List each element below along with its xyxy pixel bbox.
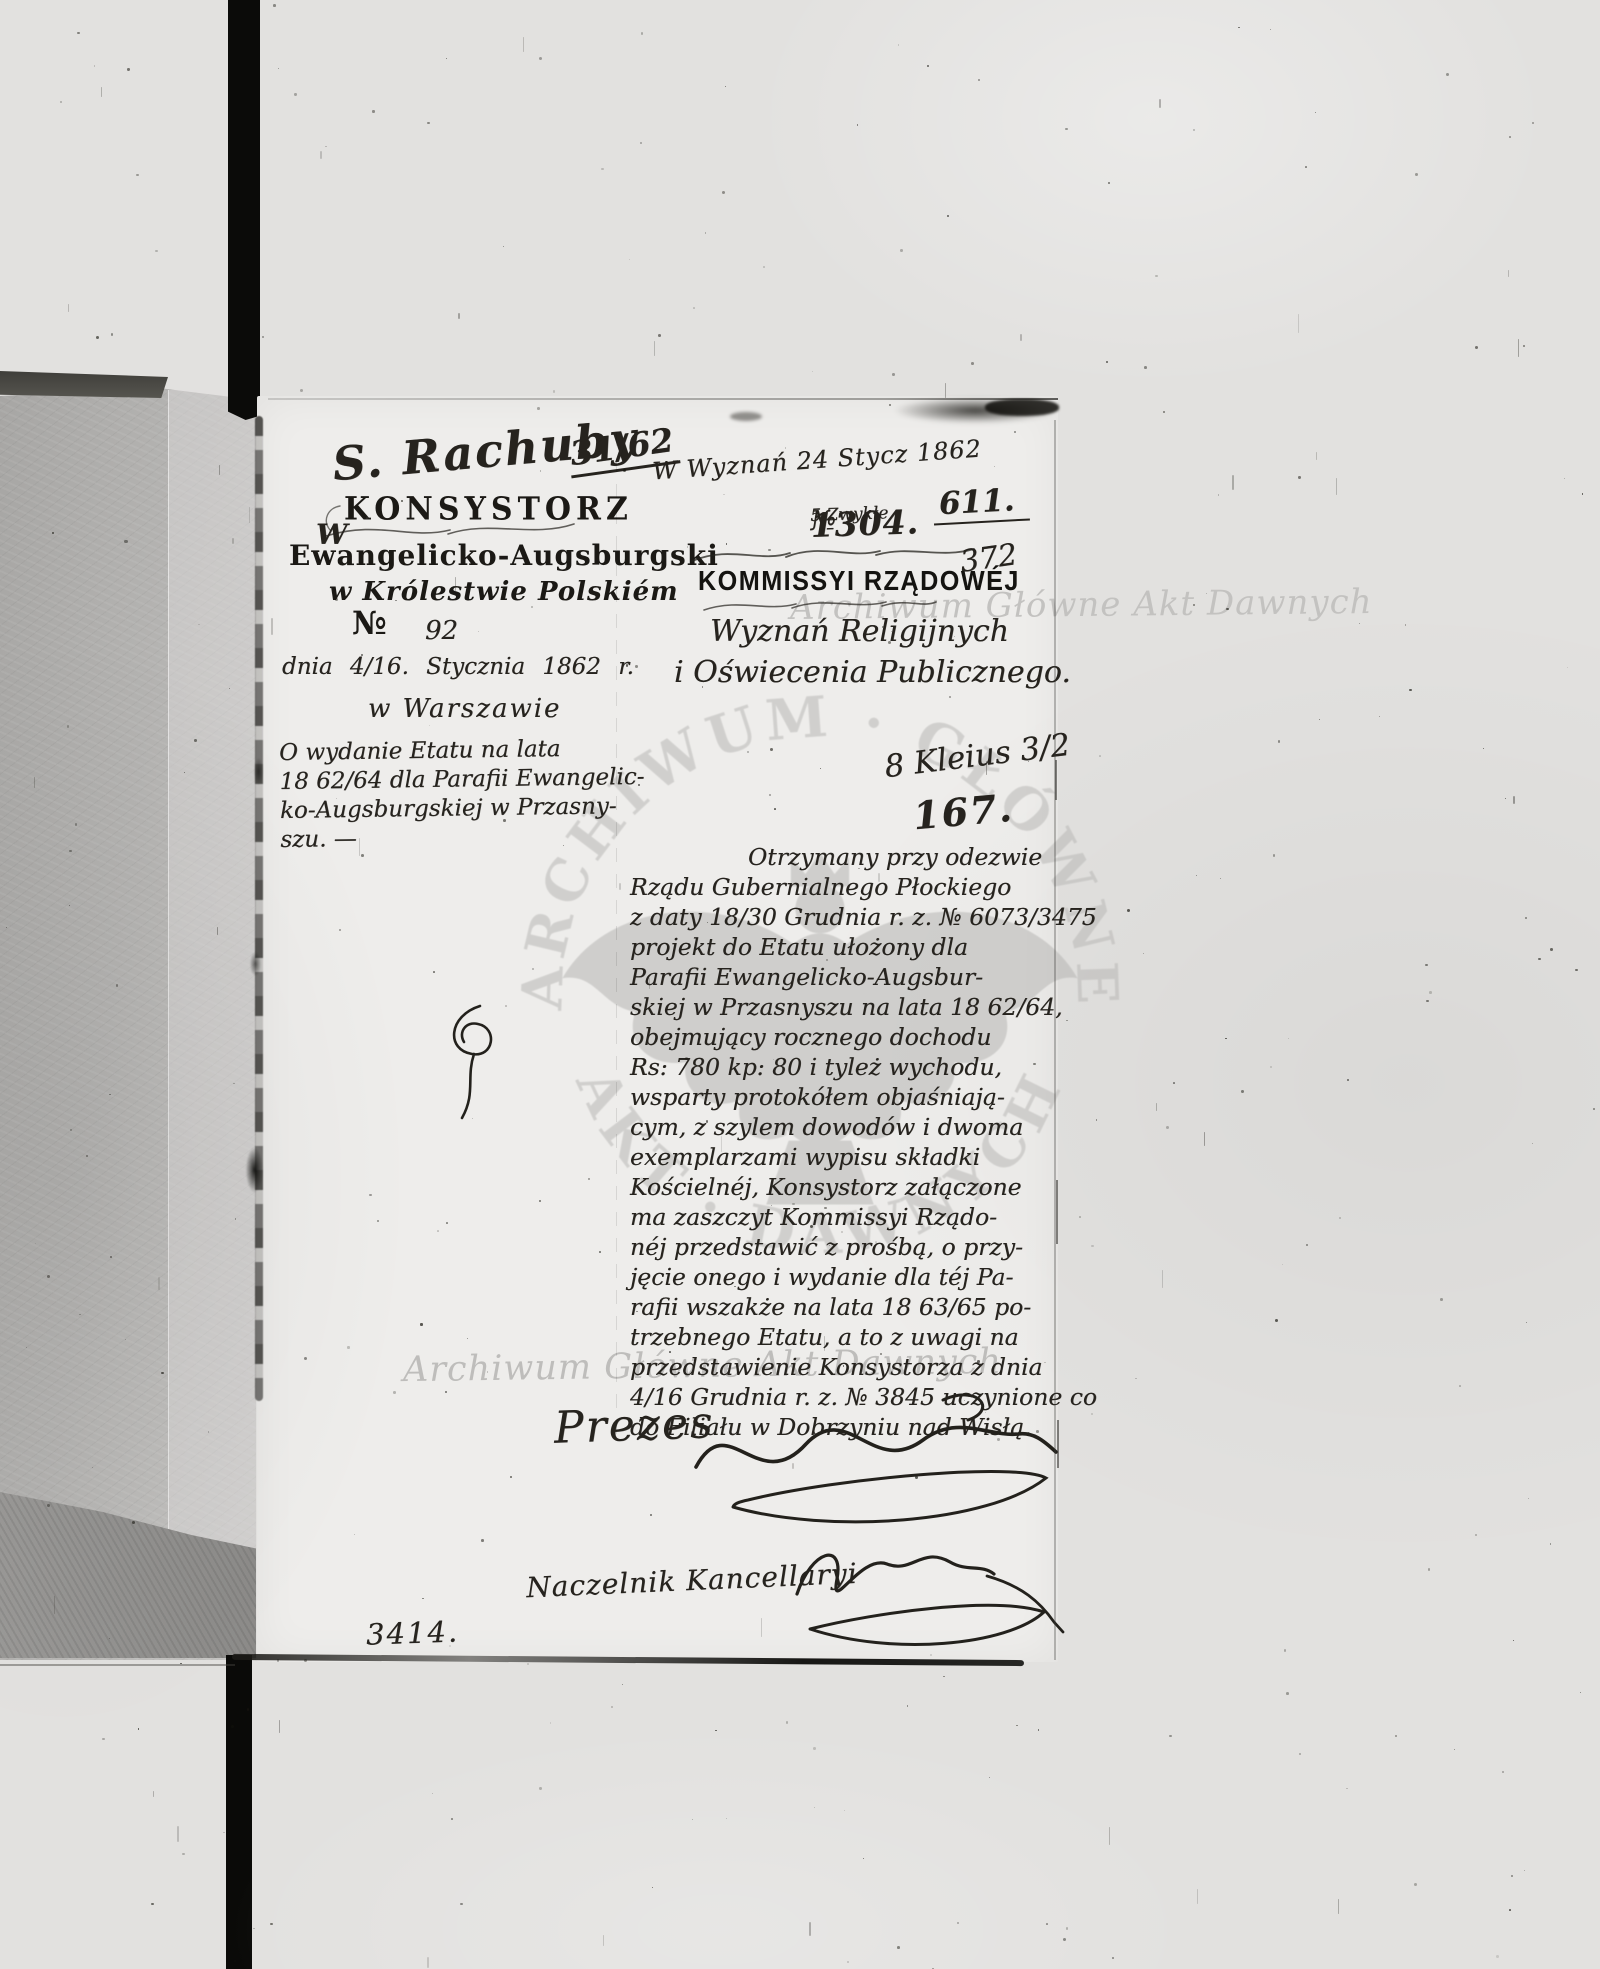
speck <box>223 1832 225 1834</box>
speck <box>763 266 765 268</box>
speck <box>978 79 980 81</box>
speck <box>1505 798 1506 799</box>
speck <box>1319 719 1320 720</box>
speck <box>1065 128 1068 131</box>
speck <box>1299 1753 1301 1755</box>
speck <box>1275 1319 1278 1322</box>
speck <box>1273 854 1276 857</box>
speck <box>1475 346 1478 349</box>
subject-summary: O wydanie Etatu na lata18 62/64 dla Para… <box>279 734 651 855</box>
page-edge-bottom-extension <box>0 1664 235 1666</box>
speck <box>1532 122 1535 125</box>
text-line: cym, z szylem dowodów i dwoma <box>630 1112 1070 1142</box>
speck <box>943 1676 945 1678</box>
speck <box>539 57 542 60</box>
speck <box>652 1887 653 1888</box>
speck <box>1338 1899 1339 1915</box>
letter-body: Otrzymany przy odezwieRządu Gubernialneg… <box>630 842 1070 1442</box>
speck <box>1046 1923 1048 1925</box>
speck <box>1298 476 1300 478</box>
letterhead-region: w Królestwie Polskiém <box>329 577 679 607</box>
text-line: skiej w Przasnyszu na lata 18 62/64, <box>630 992 1070 1022</box>
speck <box>693 307 695 309</box>
adjacent-page-edge-strip <box>168 390 256 1658</box>
speck <box>460 1903 462 1905</box>
speck <box>844 1810 845 1811</box>
speck <box>320 151 321 160</box>
speck <box>1347 1079 1349 1081</box>
speck <box>527 1663 529 1665</box>
speck <box>153 1791 154 1797</box>
speck <box>1440 1298 1443 1301</box>
speck <box>1538 958 1540 960</box>
speck <box>111 333 113 335</box>
speck <box>1446 73 1449 76</box>
speck <box>1409 689 1412 692</box>
speck <box>603 1935 604 1945</box>
speck <box>1339 1217 1341 1219</box>
text-line: exemplarzami wypisu składki <box>630 1142 1070 1172</box>
film-divider-bar-top <box>228 0 260 420</box>
speck <box>1270 29 1271 30</box>
page-edge-dash <box>1055 760 1057 800</box>
speck <box>813 1747 816 1750</box>
text-line: wsparty protokółem objaśniają- <box>630 1082 1070 1112</box>
speck <box>151 1903 153 1905</box>
speck <box>1232 475 1233 490</box>
speck <box>1169 1735 1172 1738</box>
speck <box>1218 494 1220 496</box>
letterhead-flourish <box>318 486 580 546</box>
speck <box>1016 1725 1017 1726</box>
speck <box>715 1730 717 1732</box>
speck <box>640 142 642 144</box>
ink-smudge <box>985 399 1059 416</box>
speck <box>1502 1771 1504 1773</box>
speck <box>262 336 263 337</box>
speck <box>654 341 655 356</box>
speck <box>1108 182 1110 184</box>
speck <box>273 4 276 7</box>
speck <box>898 44 900 46</box>
letterhead-place: w Warszawie <box>368 694 561 724</box>
speck <box>641 32 644 35</box>
text-line: Otrzymany przy odezwie <box>630 842 1070 872</box>
speck <box>539 1787 541 1789</box>
speck <box>101 87 102 97</box>
speck <box>989 1777 990 1778</box>
speck <box>900 249 903 252</box>
speck <box>1429 991 1432 994</box>
speck <box>1567 667 1568 668</box>
speck <box>814 1807 815 1808</box>
speck <box>809 1922 810 1936</box>
speck <box>705 232 707 234</box>
speck <box>1038 1729 1040 1731</box>
ink-blot <box>250 952 261 976</box>
speck <box>1454 1749 1455 1750</box>
speck <box>182 1853 185 1856</box>
ink-smudge <box>730 412 762 421</box>
speck <box>127 68 129 70</box>
speck <box>1575 969 1578 972</box>
speck <box>1063 1938 1066 1941</box>
text-line: obejmujący rocznego dochodu <box>630 1022 1070 1052</box>
speck <box>372 110 374 112</box>
speck <box>1135 1378 1137 1380</box>
letterhead-no-label: № <box>352 604 387 642</box>
speck <box>722 191 725 194</box>
speck <box>270 1923 272 1925</box>
speck <box>1425 964 1427 966</box>
speck <box>971 362 974 365</box>
addressee-line2: Wyznań Religijnych <box>710 614 1009 649</box>
speck <box>601 168 603 170</box>
pen-flourish-mark <box>428 998 508 1123</box>
text-line: przedstawienie Konsystorza z dnia <box>630 1352 1070 1382</box>
speck <box>1532 1143 1533 1144</box>
speck <box>1524 1870 1525 1871</box>
text-line: néj przedstawić z prośbą, o przy- <box>630 1232 1070 1262</box>
speck <box>446 58 447 59</box>
speck <box>1288 1038 1289 1039</box>
speck <box>553 390 555 392</box>
speck <box>1298 314 1299 333</box>
speck <box>1238 27 1239 28</box>
speck <box>1144 366 1147 369</box>
text-line: z daty 18/30 Grudnia r. z. № 6073/3475 <box>630 902 1070 932</box>
speck <box>1414 1883 1417 1886</box>
speck <box>1475 1534 1477 1536</box>
speck <box>629 259 631 261</box>
speck <box>1580 1692 1581 1693</box>
speck <box>60 101 62 103</box>
speck <box>1305 166 1307 168</box>
speck <box>1405 624 1407 626</box>
registry-number-1304: 1304. <box>810 502 920 545</box>
speck <box>892 373 895 376</box>
speck <box>1193 129 1194 130</box>
speck <box>812 371 813 372</box>
text-line: Kościelnéj, Konsystorz załączone <box>630 1172 1070 1202</box>
speck <box>1359 623 1360 624</box>
page-edge-dash <box>1056 1180 1058 1244</box>
speck <box>1426 1000 1429 1003</box>
speck <box>927 65 929 67</box>
speck <box>1196 875 1197 876</box>
text-line: Parafii Ewangelicko-Augsbur- <box>630 962 1070 992</box>
speck <box>1278 740 1281 743</box>
speck <box>1508 270 1509 276</box>
speck <box>432 1793 433 1794</box>
speck <box>622 1684 623 1685</box>
speck <box>427 122 430 125</box>
speck <box>1395 1735 1397 1737</box>
speck <box>611 1706 613 1708</box>
speck <box>1550 1543 1551 1544</box>
text-line: ko-Augsburgskiej w Przasny- <box>280 792 650 826</box>
speck <box>102 1738 104 1740</box>
speck <box>1550 948 1553 951</box>
speck <box>1091 1413 1093 1415</box>
speck <box>897 1946 900 1949</box>
text-line: projekt do Etatu ułożony dla <box>630 932 1070 962</box>
speck <box>1415 173 1418 176</box>
microfilm-scan: ARCHIWUM · GŁÓWNE AKT · DAWNYCH Archiwum… <box>0 0 1600 1969</box>
speck <box>1459 1385 1461 1387</box>
text-line: rafii wszakże na lata 18 63/65 po- <box>630 1292 1070 1322</box>
speck <box>1197 1889 1198 1903</box>
speck <box>1518 339 1519 357</box>
letterhead-no-value: 92 <box>425 616 458 646</box>
ink-blot <box>246 1148 263 1192</box>
registry-number-611: 611. <box>932 482 1029 526</box>
speck <box>77 32 80 35</box>
speck <box>947 215 949 217</box>
speck <box>458 313 459 319</box>
text-line: jęcie onego i wydanie dla téj Pa- <box>630 1262 1070 1292</box>
page-edge-right <box>1054 420 1056 1660</box>
speck <box>1316 452 1317 460</box>
speck <box>725 86 726 87</box>
speck <box>847 1961 849 1963</box>
speck <box>325 146 327 148</box>
speck <box>1564 478 1565 479</box>
speck <box>1513 796 1514 803</box>
speck <box>1020 334 1021 341</box>
speck <box>1241 1090 1244 1093</box>
speck <box>1173 1082 1175 1084</box>
addressee-title: KOMMISSYI RZĄDOWÉJ <box>698 564 1020 597</box>
speck <box>550 1722 551 1723</box>
paper-fold-line <box>616 432 617 1442</box>
page-edge-dash <box>1057 1420 1059 1468</box>
speck <box>1112 1957 1114 1959</box>
speck <box>1593 1108 1595 1110</box>
speck <box>136 174 138 176</box>
speck <box>1163 411 1165 413</box>
speck <box>1315 112 1316 113</box>
text-line: ma zaszczyt Kommissyi Rządo- <box>630 1202 1070 1232</box>
speck <box>1511 1875 1513 1877</box>
speck <box>1346 1788 1347 1789</box>
speck <box>68 304 69 312</box>
addressee-flourish-top <box>688 543 978 565</box>
speck <box>1204 1132 1205 1146</box>
speck <box>1106 361 1108 363</box>
film-frame-band <box>0 371 168 398</box>
chancellery-signature <box>782 1524 1082 1659</box>
letterhead-date-line: dnia 4/16. Stycznia 1862 r. <box>282 654 634 680</box>
speck <box>907 1705 909 1707</box>
speck <box>957 1922 959 1924</box>
speck <box>294 93 296 95</box>
speck <box>1159 99 1160 108</box>
speck <box>1513 1640 1514 1641</box>
page-crease-shadow <box>255 416 263 1401</box>
speck <box>503 246 504 247</box>
ink-blot <box>254 758 263 785</box>
speck <box>155 250 158 253</box>
speck <box>94 65 95 66</box>
speck <box>1220 878 1221 879</box>
text-line: Rs: 780 kp: 80 i tyleż wychodu, <box>630 1052 1070 1082</box>
speck <box>1509 1909 1511 1911</box>
speck <box>1336 478 1337 495</box>
speck <box>1284 1649 1286 1651</box>
speck <box>1483 748 1484 749</box>
speck <box>278 68 279 69</box>
speck <box>658 334 661 337</box>
journal-number-167: 167. <box>911 785 1015 839</box>
speck <box>1428 1568 1430 1570</box>
file-number-3414: 3414. <box>365 1614 459 1651</box>
speck <box>1306 1244 1309 1247</box>
speck <box>1509 136 1511 138</box>
speck <box>451 1818 453 1820</box>
speck <box>1496 1955 1499 1958</box>
speck <box>1066 1927 1068 1929</box>
text-line: trzebnego Etatu, a to z uwagi na <box>630 1322 1070 1352</box>
speck <box>523 37 524 51</box>
speck <box>96 336 99 339</box>
speck <box>726 1818 727 1819</box>
speck <box>1525 917 1527 919</box>
speck <box>1109 1827 1110 1845</box>
speck <box>427 1957 428 1968</box>
speck <box>279 1720 280 1733</box>
speck <box>786 1721 789 1724</box>
speck <box>300 389 303 392</box>
speck <box>1582 493 1583 494</box>
text-line: Rządu Gubernialnego Płockiego <box>630 872 1070 902</box>
text-line: szu. — <box>280 821 650 855</box>
film-divider-bar-bottom <box>226 1655 252 1969</box>
speck <box>1286 1692 1289 1695</box>
speck <box>1379 716 1380 717</box>
speck <box>1270 1066 1272 1068</box>
speck <box>863 1858 864 1859</box>
speck <box>177 1826 178 1842</box>
speck <box>857 124 859 126</box>
speck <box>138 1728 139 1729</box>
speck <box>1528 1498 1529 1499</box>
speck <box>1282 1264 1283 1265</box>
president-signature <box>688 1382 1068 1537</box>
speck <box>253 1928 255 1930</box>
speck <box>692 1819 693 1820</box>
speck <box>1155 275 1158 278</box>
speck <box>1523 345 1525 347</box>
speck <box>1225 1038 1227 1040</box>
addressee-line3: i Oświecenia Publicznego. <box>674 655 1071 690</box>
speck <box>1526 1322 1527 1323</box>
addressee-flourish-bottom <box>700 596 940 614</box>
